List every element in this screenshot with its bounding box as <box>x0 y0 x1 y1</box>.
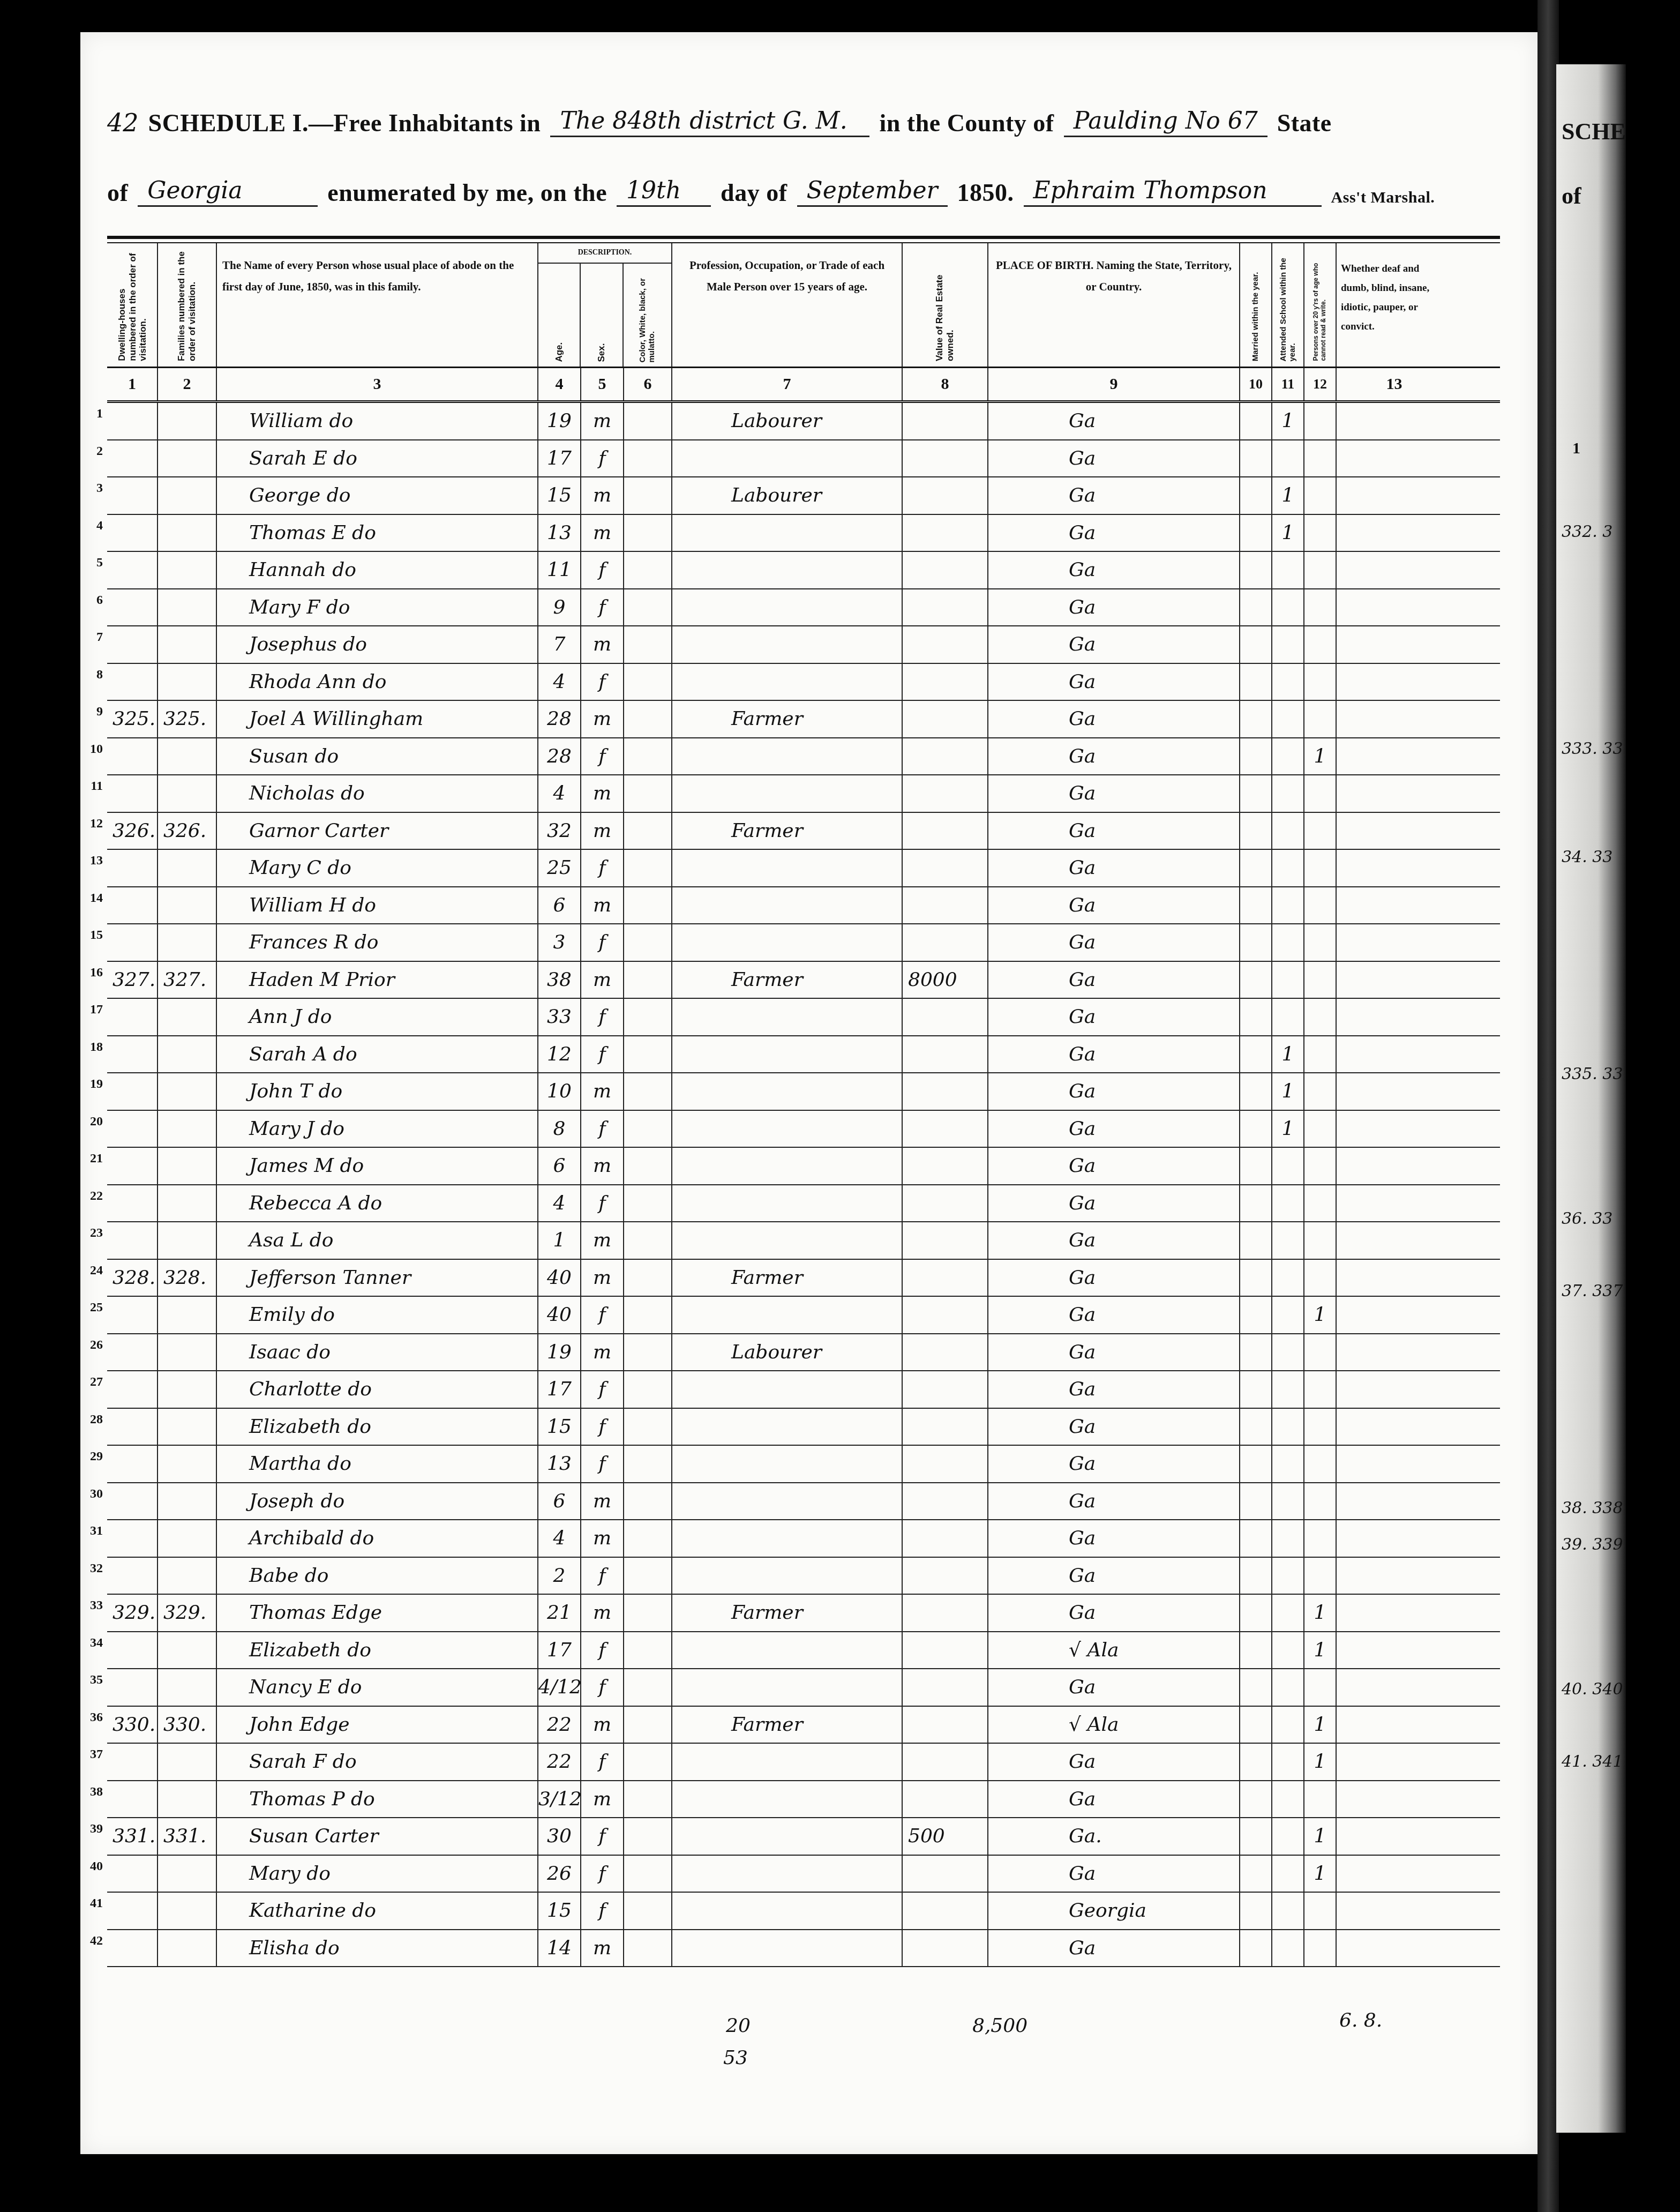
family-number <box>158 1781 217 1818</box>
line-number: 31 <box>87 1520 103 1542</box>
real-estate-value <box>903 999 988 1035</box>
person-name: Rebecca A do <box>217 1185 538 1222</box>
cannot-read-write <box>1304 1185 1337 1222</box>
married <box>1240 626 1272 663</box>
condition <box>1337 1930 1452 1967</box>
adjacent-dwelling-entry: 335. 33 <box>1562 1065 1621 1083</box>
color <box>624 1073 672 1110</box>
color <box>624 850 672 886</box>
table-row: 11Nicholas do4mGa <box>107 775 1500 813</box>
cannot-read-write <box>1304 552 1337 588</box>
table-row: 19John T do10mGa1 <box>107 1073 1500 1111</box>
age: 15 <box>538 1409 581 1445</box>
birthplace: √ Ala <box>988 1632 1240 1669</box>
person-name: Isaac do <box>217 1334 538 1371</box>
age: 28 <box>538 738 581 775</box>
dwelling-number <box>107 775 158 812</box>
birthplace: Ga <box>988 1297 1240 1333</box>
sex: f <box>581 589 624 626</box>
condition <box>1337 1669 1452 1706</box>
married <box>1240 1520 1272 1557</box>
col-header-school: Attended School within the year. <box>1272 243 1304 367</box>
condition <box>1337 1111 1452 1147</box>
occupation <box>672 1409 903 1445</box>
condition <box>1337 1222 1452 1259</box>
age: 6 <box>538 1483 581 1520</box>
occupation <box>672 1483 903 1520</box>
age: 28 <box>538 701 581 737</box>
table-row: 20Mary J do8fGa1 <box>107 1111 1500 1148</box>
occupation <box>672 738 903 775</box>
table-row: 4Thomas E do13mGa1 <box>107 515 1500 552</box>
occupation <box>672 589 903 626</box>
married <box>1240 1818 1272 1855</box>
occupation: Farmer <box>672 701 903 737</box>
real-estate-value <box>903 552 988 588</box>
dwelling-number <box>107 1781 158 1818</box>
color <box>624 1595 672 1631</box>
birthplace: Ga <box>988 1669 1240 1706</box>
line-number: 19 <box>87 1073 103 1095</box>
condition <box>1337 1818 1452 1855</box>
married <box>1240 1222 1272 1259</box>
adjacent-dwelling-entry: 39. 339 <box>1562 1535 1621 1554</box>
line-number: 40 <box>87 1856 103 1877</box>
birthplace: Ga <box>988 924 1240 961</box>
person-name: John T do <box>217 1073 538 1110</box>
condition <box>1337 626 1452 663</box>
birthplace: Ga <box>988 962 1240 998</box>
real-estate-value <box>903 1297 988 1333</box>
real-estate-value <box>903 477 988 514</box>
table-row: 23Asa L do1mGa <box>107 1222 1500 1260</box>
sex: f <box>581 1818 624 1855</box>
col-num-3: 3 <box>217 368 538 400</box>
schedule-title: SCHEDULE I.—Free Inhabitants in <box>148 109 541 137</box>
condition <box>1337 1520 1452 1557</box>
real-estate-value <box>903 1930 988 1967</box>
schedule-title-line: 42 SCHEDULE I.—Free Inhabitants in The 8… <box>107 107 1332 137</box>
person-name: Martha do <box>217 1446 538 1482</box>
color <box>624 1818 672 1855</box>
cannot-read-write <box>1304 1148 1337 1184</box>
color <box>624 1334 672 1371</box>
cannot-read-write <box>1304 664 1337 700</box>
family-number <box>158 1334 217 1371</box>
condition <box>1337 552 1452 588</box>
table-row: 22Rebecca A do4fGa <box>107 1185 1500 1223</box>
family-number <box>158 664 217 700</box>
line-number: 13 <box>87 850 103 871</box>
state-field: Georgia <box>138 177 318 207</box>
cannot-read-write <box>1304 962 1337 998</box>
dwelling-number <box>107 850 158 886</box>
family-number <box>158 999 217 1035</box>
cannot-read-write <box>1304 1669 1337 1706</box>
married <box>1240 1893 1272 1929</box>
age: 9 <box>538 589 581 626</box>
family-number <box>158 887 217 924</box>
dwelling-number <box>107 1632 158 1669</box>
color <box>624 1148 672 1184</box>
dwelling-number: 326. <box>107 813 158 849</box>
age: 22 <box>538 1744 581 1780</box>
attended-school <box>1272 626 1304 663</box>
cannot-read-write <box>1304 626 1337 663</box>
occupation: Farmer <box>672 813 903 849</box>
person-name: Frances R do <box>217 924 538 961</box>
sex: f <box>581 1632 624 1669</box>
family-number <box>158 515 217 551</box>
age: 33 <box>538 999 581 1035</box>
person-name: Mary do <box>217 1856 538 1892</box>
condition <box>1337 1744 1452 1780</box>
attended-school <box>1272 1744 1304 1780</box>
dwelling-number <box>107 403 158 439</box>
cannot-read-write <box>1304 1930 1337 1967</box>
real-estate-value <box>903 887 988 924</box>
birthplace: Ga <box>988 1781 1240 1818</box>
occupation <box>672 440 903 477</box>
family-number <box>158 477 217 514</box>
age: 32 <box>538 813 581 849</box>
birthplace: Ga <box>988 1185 1240 1222</box>
age: 7 <box>538 626 581 663</box>
color <box>624 1036 672 1073</box>
table-row: 1William do19mLabourerGa1 <box>107 403 1500 440</box>
occupation <box>672 1558 903 1594</box>
line-number: 25 <box>87 1297 103 1318</box>
occupation <box>672 1446 903 1482</box>
attended-school <box>1272 1595 1304 1631</box>
age: 3 <box>538 924 581 961</box>
age: 26 <box>538 1856 581 1892</box>
color <box>624 1185 672 1222</box>
condition <box>1337 1334 1452 1371</box>
age: 1 <box>538 1222 581 1259</box>
sex: f <box>581 1036 624 1073</box>
dwelling-number <box>107 1297 158 1333</box>
color <box>624 701 672 737</box>
age: 4 <box>538 1520 581 1557</box>
color <box>624 1260 672 1296</box>
adjacent-dwelling-entry: 332. 3 <box>1562 522 1621 541</box>
birthplace: Ga <box>988 999 1240 1035</box>
cannot-read-write <box>1304 1111 1337 1147</box>
attended-school: 1 <box>1272 1036 1304 1073</box>
sex: m <box>581 1520 624 1557</box>
married <box>1240 552 1272 588</box>
age: 17 <box>538 1371 581 1408</box>
table-row: 13Mary C do25fGa <box>107 850 1500 887</box>
cannot-read-write <box>1304 440 1337 477</box>
age: 4 <box>538 664 581 700</box>
occupation <box>672 1781 903 1818</box>
sex: m <box>581 1781 624 1818</box>
condition <box>1337 1781 1452 1818</box>
family-number <box>158 1632 217 1669</box>
age: 19 <box>538 403 581 439</box>
real-estate-value <box>903 1893 988 1929</box>
condition <box>1337 403 1452 439</box>
attended-school <box>1272 1781 1304 1818</box>
occupation: Farmer <box>672 1260 903 1296</box>
table-row: 34Elizabeth do17f√ Ala1 <box>107 1632 1500 1670</box>
birthplace: Ga <box>988 1520 1240 1557</box>
condition <box>1337 775 1452 812</box>
line-number: 15 <box>87 924 103 946</box>
person-name: Joel A Willingham <box>217 701 538 737</box>
line-number: 1 <box>87 403 103 424</box>
sex: m <box>581 515 624 551</box>
birthplace: √ Ala <box>988 1707 1240 1743</box>
line-number: 35 <box>87 1669 103 1691</box>
person-name: George do <box>217 477 538 514</box>
real-estate-value <box>903 589 988 626</box>
sex: m <box>581 1073 624 1110</box>
married <box>1240 440 1272 477</box>
occupation <box>672 850 903 886</box>
attended-school <box>1272 1185 1304 1222</box>
cannot-read-write <box>1304 813 1337 849</box>
occupation <box>672 1036 903 1073</box>
sex: m <box>581 477 624 514</box>
col-header-family: Families numbered in the order of visita… <box>158 243 217 367</box>
line-number: 23 <box>87 1222 103 1244</box>
attended-school: 1 <box>1272 403 1304 439</box>
person-name: Mary C do <box>217 850 538 886</box>
sex: m <box>581 1930 624 1967</box>
attended-school <box>1272 1148 1304 1184</box>
color <box>624 1930 672 1967</box>
table-row: 29Martha do13fGa <box>107 1446 1500 1483</box>
condition <box>1337 1185 1452 1222</box>
occupation <box>672 1632 903 1669</box>
color <box>624 924 672 961</box>
person-name: William do <box>217 403 538 439</box>
col-header-sex: Sex. <box>581 264 623 367</box>
line-number: 9 <box>87 701 103 722</box>
table-row: 9325.325.Joel A Willingham28mFarmerGa <box>107 701 1500 738</box>
family-number <box>158 1893 217 1929</box>
sex: f <box>581 552 624 588</box>
attended-school <box>1272 1558 1304 1594</box>
column-header-row: Dwelling-houses numbered in the order of… <box>107 242 1500 368</box>
occupation: Farmer <box>672 962 903 998</box>
birthplace: Ga <box>988 1036 1240 1073</box>
table-row: 27Charlotte do17fGa <box>107 1371 1500 1409</box>
person-name: Thomas E do <box>217 515 538 551</box>
condition <box>1337 738 1452 775</box>
occupation <box>672 1111 903 1147</box>
dwelling-number <box>107 626 158 663</box>
col-header-illiterate: Persons over 20 y'rs of age who cannot r… <box>1304 243 1337 367</box>
table-row: 41Katharine do15fGeorgia <box>107 1893 1500 1930</box>
person-name: Jefferson Tanner <box>217 1260 538 1296</box>
sex: f <box>581 1446 624 1482</box>
color <box>624 403 672 439</box>
birthplace: Ga <box>988 403 1240 439</box>
condition <box>1337 924 1452 961</box>
col-num-6: 6 <box>624 368 672 400</box>
real-estate-value <box>903 701 988 737</box>
occupation <box>672 999 903 1035</box>
family-number: 325. <box>158 701 217 737</box>
real-estate-value <box>903 1595 988 1631</box>
real-estate-value <box>903 626 988 663</box>
attended-school <box>1272 887 1304 924</box>
person-name: Thomas P do <box>217 1781 538 1818</box>
color <box>624 589 672 626</box>
dwelling-number <box>107 552 158 588</box>
occupation <box>672 924 903 961</box>
dwelling-number <box>107 1111 158 1147</box>
age: 13 <box>538 515 581 551</box>
cannot-read-write: 1 <box>1304 1707 1337 1743</box>
color <box>624 1483 672 1520</box>
attended-school <box>1272 962 1304 998</box>
enumeration-line: of Georgia enumerated by me, on the 19th… <box>107 177 1435 207</box>
table-row: 8Rhoda Ann do4fGa <box>107 664 1500 701</box>
person-name: John Edge <box>217 1707 538 1743</box>
birthplace: Ga <box>988 701 1240 737</box>
condition <box>1337 1595 1452 1631</box>
sex: f <box>581 1669 624 1706</box>
family-number <box>158 403 217 439</box>
family-number <box>158 1930 217 1967</box>
attended-school <box>1272 1297 1304 1333</box>
adjacent-title-fragment: SCHE <box>1562 118 1626 145</box>
real-estate-value <box>903 813 988 849</box>
age: 17 <box>538 1632 581 1669</box>
birthplace: Ga <box>988 775 1240 812</box>
color <box>624 738 672 775</box>
age: 17 <box>538 440 581 477</box>
age: 3/12 <box>538 1781 581 1818</box>
col-num-11: 11 <box>1272 368 1304 400</box>
age: 15 <box>538 1893 581 1929</box>
cannot-read-write <box>1304 924 1337 961</box>
col-header-condition: Whether deaf and dumb, blind, insane, id… <box>1337 243 1452 367</box>
real-estate-value <box>903 1446 988 1482</box>
line-number: 22 <box>87 1185 103 1207</box>
occupation <box>672 1297 903 1333</box>
real-estate-value <box>903 1520 988 1557</box>
dwelling-number: 325. <box>107 701 158 737</box>
real-estate-value <box>903 1334 988 1371</box>
occupation: Farmer <box>672 1595 903 1631</box>
table-row: 24328.328.Jefferson Tanner40mFarmerGa <box>107 1260 1500 1297</box>
line-number: 29 <box>87 1446 103 1467</box>
occupation <box>672 1669 903 1706</box>
cannot-read-write <box>1304 1371 1337 1408</box>
color <box>624 1222 672 1259</box>
birthplace: Ga <box>988 1222 1240 1259</box>
attended-school <box>1272 924 1304 961</box>
condition <box>1337 850 1452 886</box>
attended-school <box>1272 1520 1304 1557</box>
table-row: 33329.329.Thomas Edge21mFarmerGa1 <box>107 1595 1500 1632</box>
age-total-1: 20 <box>726 2015 751 2037</box>
real-estate-value <box>903 1036 988 1073</box>
person-name: Sarah A do <box>217 1036 538 1073</box>
adjacent-page-sliver: SCHE of 1 332. 3333. 3334. 33335. 3336. … <box>1556 64 1626 2133</box>
enumerated-label: enumerated by me, on the <box>327 178 607 207</box>
person-name: Mary J do <box>217 1111 538 1147</box>
marshal-label: Ass't Marshal. <box>1331 189 1435 207</box>
col-num-7: 7 <box>672 368 903 400</box>
married <box>1240 1036 1272 1073</box>
cannot-read-write: 1 <box>1304 738 1337 775</box>
person-name: Susan Carter <box>217 1818 538 1855</box>
dwelling-number <box>107 1371 158 1408</box>
birthplace: Ga <box>988 1371 1240 1408</box>
dwelling-number <box>107 589 158 626</box>
condition <box>1337 813 1452 849</box>
table-row: 3George do15mLabourerGa1 <box>107 477 1500 515</box>
adjacent-dwelling-entry: 36. 33 <box>1562 1209 1621 1228</box>
dwelling-number <box>107 1222 158 1259</box>
attended-school <box>1272 1818 1304 1855</box>
table-row: 39331.331.Susan Carter30f500Ga.1 <box>107 1818 1500 1856</box>
family-number <box>158 1744 217 1780</box>
person-name: Emily do <box>217 1297 538 1333</box>
person-name: Nicholas do <box>217 775 538 812</box>
family-number <box>158 440 217 477</box>
birthplace: Ga <box>988 515 1240 551</box>
col-header-dwelling: Dwelling-houses numbered in the order of… <box>107 243 158 367</box>
dwelling-number <box>107 1036 158 1073</box>
birthplace: Ga <box>988 1558 1240 1594</box>
family-number <box>158 1856 217 1892</box>
sex: m <box>581 887 624 924</box>
table-row: 35Nancy E do4/12fGa <box>107 1669 1500 1707</box>
birthplace: Ga <box>988 1111 1240 1147</box>
line-number: 8 <box>87 664 103 685</box>
table-row: 15Frances R do3fGa <box>107 924 1500 962</box>
attended-school <box>1272 701 1304 737</box>
attended-school <box>1272 664 1304 700</box>
color <box>624 999 672 1035</box>
married <box>1240 1073 1272 1110</box>
table-row: 17Ann J do33fGa <box>107 999 1500 1036</box>
family-number: 329. <box>158 1595 217 1631</box>
school-illiterate-totals: 6. 8. <box>1339 2009 1382 2031</box>
family-number <box>158 1558 217 1594</box>
person-name: Elizabeth do <box>217 1409 538 1445</box>
col-num-13: 13 <box>1337 368 1452 400</box>
line-number: 24 <box>87 1260 103 1281</box>
census-table: Dwelling-houses numbered in the order of… <box>107 236 1500 1967</box>
condition <box>1337 962 1452 998</box>
col-num-10: 10 <box>1240 368 1272 400</box>
married <box>1240 1632 1272 1669</box>
age: 15 <box>538 477 581 514</box>
table-row: 36330.330.John Edge22mFarmer√ Ala1 <box>107 1707 1500 1744</box>
married <box>1240 775 1272 812</box>
real-estate-value <box>903 1260 988 1296</box>
family-number <box>158 1185 217 1222</box>
sex: f <box>581 1856 624 1892</box>
real-estate-value <box>903 1073 988 1110</box>
person-name: Sarah F do <box>217 1744 538 1780</box>
sex: f <box>581 738 624 775</box>
line-number: 4 <box>87 515 103 536</box>
line-number: 2 <box>87 440 103 462</box>
condition <box>1337 1446 1452 1482</box>
color <box>624 664 672 700</box>
attended-school <box>1272 1409 1304 1445</box>
